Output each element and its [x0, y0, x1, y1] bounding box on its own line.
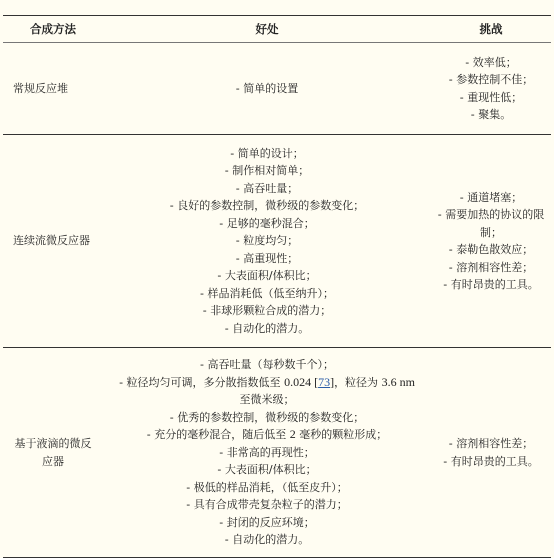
benefit-item: - 自动化的潜力。	[103, 531, 431, 546]
challenge-item: - 有时昂贵的工具。	[431, 276, 551, 294]
method-cell: 常规反应堆	[3, 43, 103, 135]
benefit-item: - 大表面积/体积比；	[103, 267, 431, 285]
benefit-item: - 自动化的潜力。	[103, 320, 431, 338]
benefit-text: 毫秒的颗粒形成；	[296, 428, 388, 441]
benefit-item: - 简单的设计；	[103, 145, 431, 163]
benefit-item: - 非常高的再现性；	[103, 444, 431, 462]
benefit-item: - 封闭的反应环境；	[103, 514, 431, 532]
header-method: 合成方法	[3, 16, 103, 43]
challenge-item: - 聚集。	[431, 106, 551, 124]
challenge-item: - 泰勒色散效应；	[431, 241, 551, 259]
challenges-cell: - 溶剂相容性差； - 有时昂贵的工具。	[431, 348, 551, 547]
benefit-item: - 充分的毫秒混合，随后低至 2 毫秒的颗粒形成；	[103, 426, 431, 444]
benefit-item: 至微米级；	[103, 391, 431, 409]
header-benefits: 好处	[103, 16, 431, 43]
benefit-item: - 高吞吐量；	[103, 180, 431, 198]
method-label: 基于液滴的微反应器	[13, 435, 93, 470]
benefit-item: - 优秀的参数控制，微秒级的参数变化；	[103, 409, 431, 427]
challenge-item: - 溶剂相容性差；	[431, 259, 551, 277]
challenge-item: - 参数控制不佳；	[431, 71, 551, 89]
benefit-item: - 样品消耗低（低至纳升）；	[103, 285, 431, 303]
benefit-item: - 制作相对简单；	[103, 162, 431, 180]
benefit-item: - 高吞吐量（每秒数千个）；	[103, 356, 431, 374]
challenge-item: - 通道堵塞；	[431, 189, 551, 207]
table-row: 基于液滴的微反应器 - 高吞吐量（每秒数千个）； - 粒径均匀可调，多分散指数低…	[3, 348, 551, 547]
challenge-item: - 需要加热的协议的限制；	[431, 206, 551, 241]
ref-bracket-open: [	[311, 375, 318, 389]
synthesis-methods-table: 合成方法 好处 挑战 常规反应堆 - 简单的设置 - 效率低； - 参数控制不佳…	[3, 15, 551, 546]
benefit-item: - 非球形颗粒合成的潜力；	[103, 302, 431, 320]
benefit-text: ，粒径为	[334, 376, 382, 389]
benefit-item: - 高重现性；	[103, 250, 431, 268]
challenge-item: - 溶剂相容性差；	[431, 435, 551, 453]
benefit-item: - 极低的样品消耗，（低至皮升）；	[103, 479, 431, 497]
challenges-cell: - 效率低； - 参数控制不佳； - 重现性低； - 聚集。	[431, 43, 551, 135]
method-cell: 基于液滴的微反应器	[3, 348, 103, 547]
benefit-text: - 粒径均匀可调，多分散指数低至	[119, 376, 284, 389]
challenge-item: - 效率低；	[431, 54, 551, 72]
header-row: 合成方法 好处 挑战	[3, 16, 551, 43]
method-cell: 连续流微反应器	[3, 135, 103, 348]
challenge-item: - 有时昂贵的工具。	[431, 453, 551, 471]
benefit-item: - 具有合成带壳复杂粒子的潜力；	[103, 496, 431, 514]
benefits-cell: - 简单的设置	[103, 43, 431, 135]
benefit-item: - 简单的设置	[103, 80, 431, 98]
benefit-item: - 良好的参数控制，微秒级的参数变化；	[103, 197, 431, 215]
benefit-item: - 大表面积/体积比；	[103, 461, 431, 479]
benefit-item: - 足够的毫秒混合；	[103, 215, 431, 233]
benefits-cell: - 简单的设计； - 制作相对简单； - 高吞吐量； - 良好的参数控制，微秒级…	[103, 135, 431, 348]
benefit-item: - 粒度均匀；	[103, 232, 431, 250]
benefits-cell: - 高吞吐量（每秒数千个）； - 粒径均匀可调，多分散指数低至 0.024 [7…	[103, 348, 431, 547]
size-value: 3.6 nm	[382, 375, 415, 389]
pdi-value: 0.024	[284, 375, 311, 389]
challenges-cell: - 通道堵塞； - 需要加热的协议的限制； - 泰勒色散效应； - 溶剂相容性差…	[431, 135, 551, 348]
benefit-item: - 粒径均匀可调，多分散指数低至 0.024 [73]，粒径为 3.6 nm	[103, 374, 431, 392]
table-row: 常规反应堆 - 简单的设置 - 效率低； - 参数控制不佳； - 重现性低； -…	[3, 43, 551, 135]
table-row: 连续流微反应器 - 简单的设计； - 制作相对简单； - 高吞吐量； - 良好的…	[3, 135, 551, 348]
header-challenges: 挑战	[431, 16, 551, 43]
benefit-text: - 充分的毫秒混合，随后低至	[147, 428, 290, 441]
reference-link[interactable]: 73	[318, 375, 330, 389]
challenge-item: - 重现性低；	[431, 89, 551, 107]
